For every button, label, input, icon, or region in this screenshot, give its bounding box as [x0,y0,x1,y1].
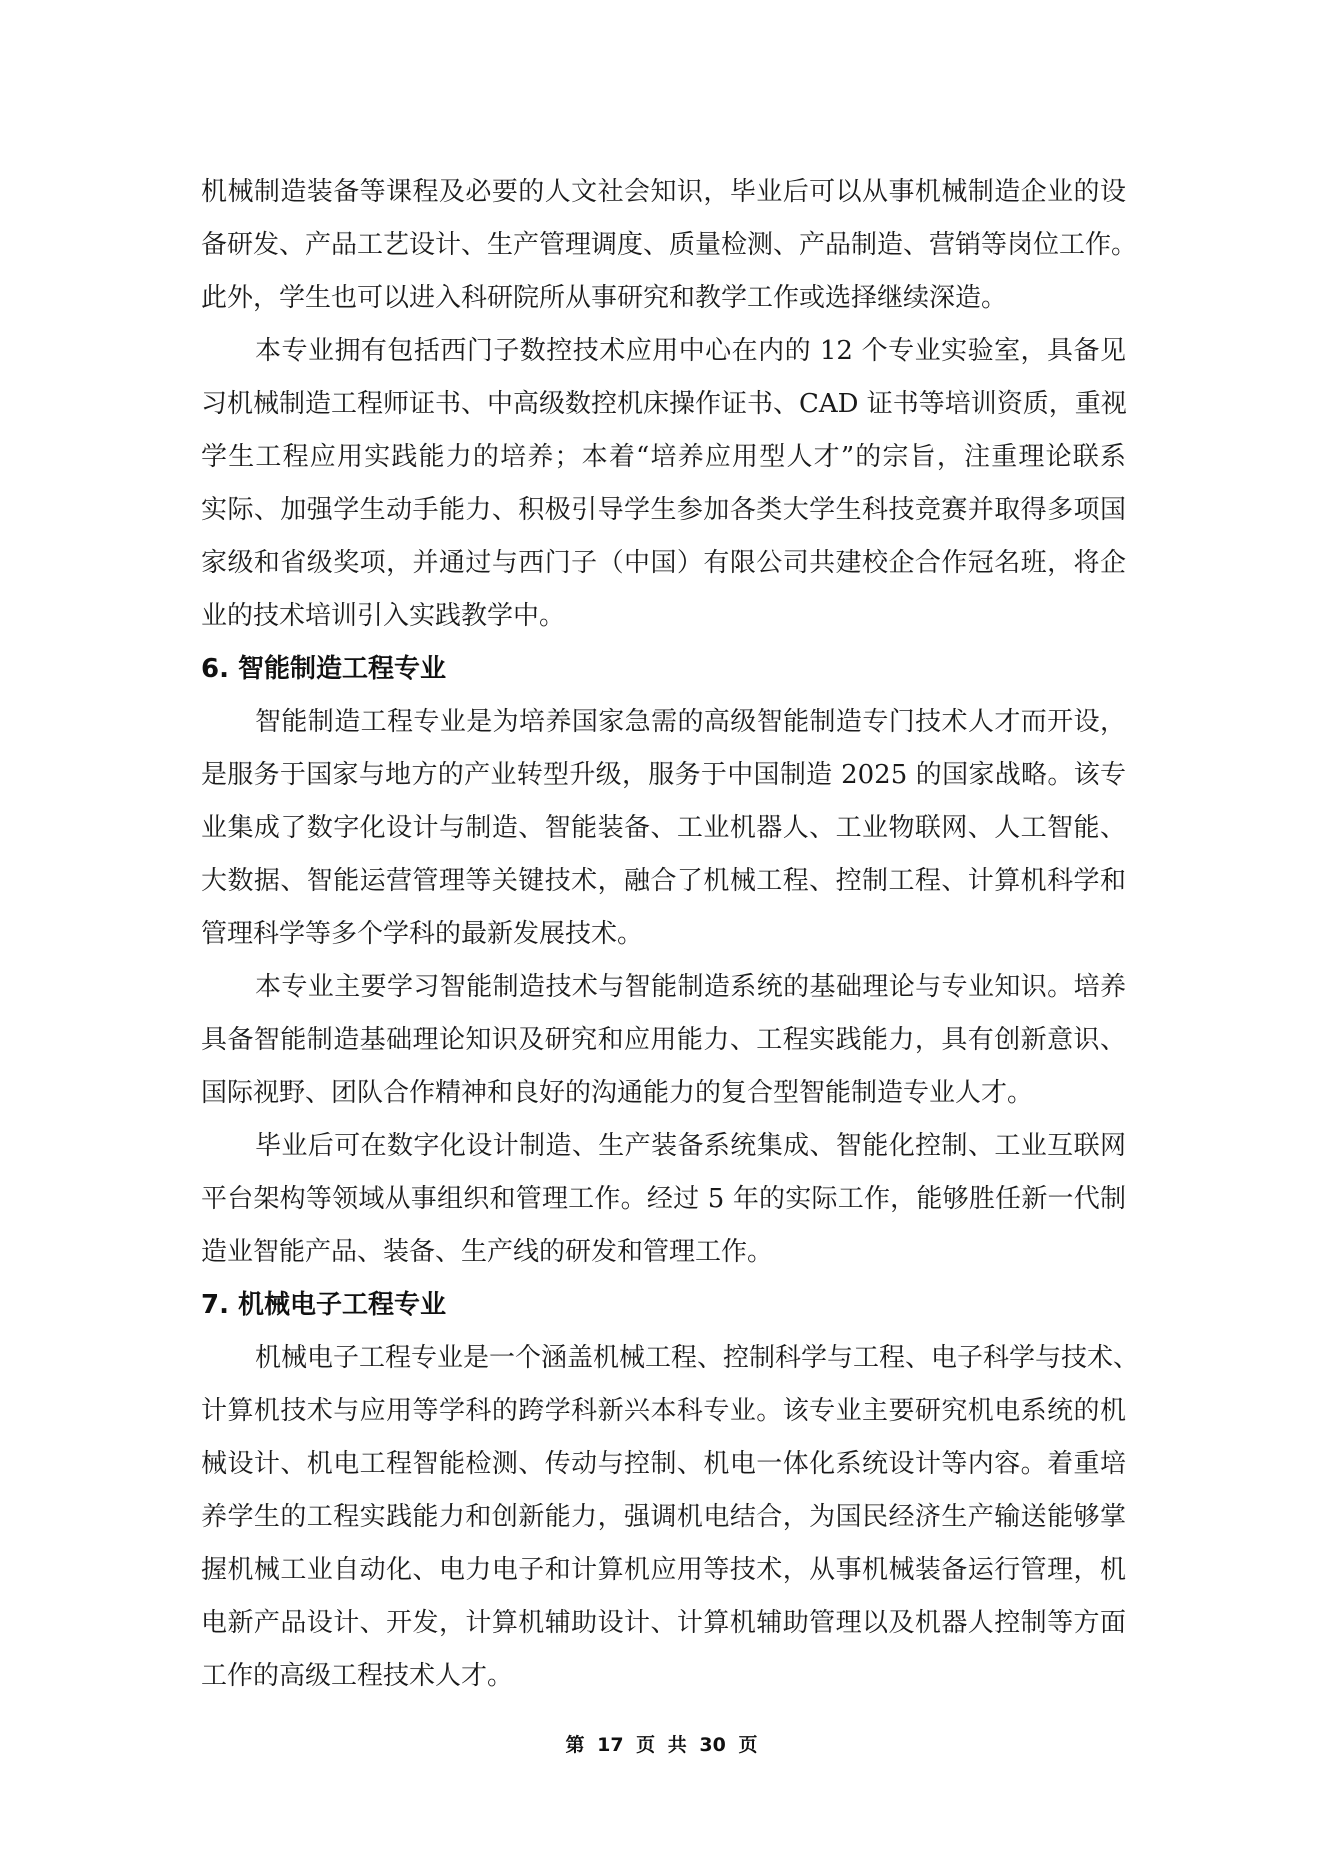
text-line: 家级和省级奖项，并通过与西门子（中国）有限公司共建校企合作冠名班，将企 [201,537,1126,590]
text-line: 机械制造装备等课程及必要的人文社会知识，毕业后可以从事机械制造企业的设 [201,166,1126,219]
text-line: 习机械制造工程师证书、中高级数控机床操作证书、CAD 证书等培训资质，重视 [201,378,1126,431]
paragraph-labs-and-training: 本专业拥有包括西门子数控技术应用中心在内的 12 个专业实验室，具备见 习机械制… [201,325,1126,643]
paragraph-im-curriculum: 本专业主要学习智能制造技术与智能制造系统的基础理论与专业知识。培养 具备智能制造… [201,961,1126,1120]
text-line: 电新产品设计、开发，计算机辅助设计、计算机辅助管理以及机器人控制等方面 [201,1597,1126,1650]
section-heading-mechatronics: 7. 机械电子工程专业 [201,1279,1126,1332]
text-line: 大数据、智能运营管理等关键技术，融合了机械工程、控制工程、计算机科学和 [201,855,1126,908]
text-line: 本专业拥有包括西门子数控技术应用中心在内的 12 个专业实验室，具备见 [201,325,1126,378]
text-line: 实际、加强学生动手能力、积极引导学生参加各类大学生科技竞赛并取得多项国 [201,484,1126,537]
text-line: 学生工程应用实践能力的培养；本着“培养应用型人才”的宗旨，注重理论联系 [201,431,1126,484]
text-line: 造业智能产品、装备、生产线的研发和管理工作。 [201,1226,1126,1279]
text-line: 具备智能制造基础理论知识及研究和应用能力、工程实践能力，具有创新意识、 [201,1014,1126,1067]
document-page: 机械制造装备等课程及必要的人文社会知识，毕业后可以从事机械制造企业的设 备研发、… [0,0,1323,1871]
text-line: 平台架构等领域从事组织和管理工作。经过 5 年的实际工作，能够胜任新一代制 [201,1173,1126,1226]
section-heading-intelligent-manufacturing: 6. 智能制造工程专业 [201,643,1126,696]
paragraph-im-careers: 毕业后可在数字化设计制造、生产装备系统集成、智能化控制、工业互联网 平台架构等领… [201,1120,1126,1279]
text-line: 管理科学等多个学科的最新发展技术。 [201,908,1126,961]
paragraph-career-options: 机械制造装备等课程及必要的人文社会知识，毕业后可以从事机械制造企业的设 备研发、… [201,166,1126,325]
text-line: 握机械工业自动化、电力电子和计算机应用等技术，从事机械装备运行管理，机 [201,1544,1126,1597]
text-line: 计算机技术与应用等学科的跨学科新兴本科专业。该专业主要研究机电系统的机 [201,1385,1126,1438]
text-line: 业集成了数字化设计与制造、智能装备、工业机器人、工业物联网、人工智能、 [201,802,1126,855]
text-line: 械设计、机电工程智能检测、传动与控制、机电一体化系统设计等内容。着重培 [201,1438,1126,1491]
text-line: 毕业后可在数字化设计制造、生产装备系统集成、智能化控制、工业互联网 [201,1120,1126,1173]
text-line: 国际视野、团队合作精神和良好的沟通能力的复合型智能制造专业人才。 [201,1067,1126,1120]
text-line: 养学生的工程实践能力和创新能力，强调机电结合，为国民经济生产输送能够掌 [201,1491,1126,1544]
text-line: 工作的高级工程技术人才。 [201,1650,1126,1703]
text-line: 此外，学生也可以进入科研院所从事研究和教学工作或选择继续深造。 [201,272,1126,325]
paragraph-im-overview: 智能制造工程专业是为培养国家急需的高级智能制造专门技术人才而开设， 是服务于国家… [201,696,1126,961]
text-line: 是服务于国家与地方的产业转型升级，服务于中国制造 2025 的国家战略。该专 [201,749,1126,802]
text-line: 机械电子工程专业是一个涵盖机械工程、控制科学与工程、电子科学与技术、 [201,1332,1126,1385]
page-body: 机械制造装备等课程及必要的人文社会知识，毕业后可以从事机械制造企业的设 备研发、… [201,166,1126,1703]
paragraph-mechatronics-overview: 机械电子工程专业是一个涵盖机械工程、控制科学与工程、电子科学与技术、 计算机技术… [201,1332,1126,1703]
text-line: 智能制造工程专业是为培养国家急需的高级智能制造专门技术人才而开设， [201,696,1126,749]
page-number-footer: 第 17 页 共 30 页 [0,1730,1323,1757]
text-line: 本专业主要学习智能制造技术与智能制造系统的基础理论与专业知识。培养 [201,961,1126,1014]
text-line: 业的技术培训引入实践教学中。 [201,590,1126,643]
text-line: 备研发、产品工艺设计、生产管理调度、质量检测、产品制造、营销等岗位工作。 [201,219,1126,272]
